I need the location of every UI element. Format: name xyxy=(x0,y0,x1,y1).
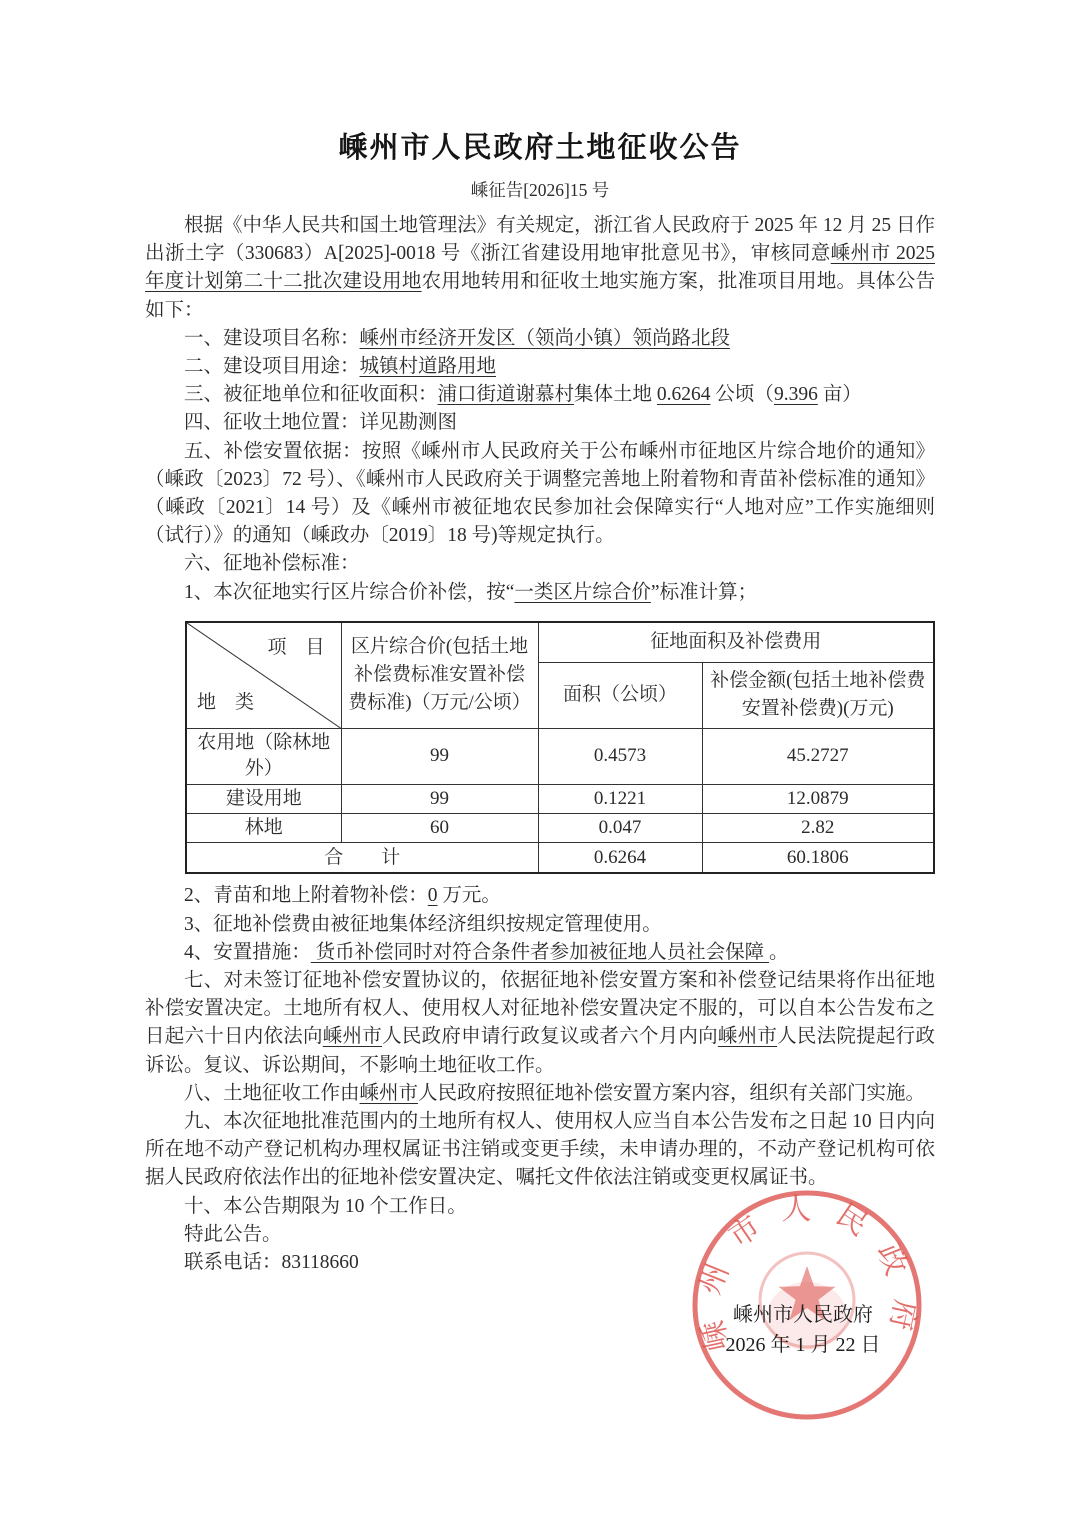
row-area: 0.4573 xyxy=(538,728,702,784)
total-label: 合 计 xyxy=(186,842,538,873)
signature-org: 嵊州市人民政府 xyxy=(678,1300,928,1330)
table-header-group: 征地面积及补偿费用 xyxy=(538,622,934,663)
row-area: 0.047 xyxy=(538,813,702,842)
underlined-text: 浦口街道谢慕村 xyxy=(438,384,575,405)
paragraph: 特此公告。 xyxy=(145,1221,935,1249)
text-run: 九、本次征地批准范围内的土地所有权人、使用权人应当自本公告发布之日起 10 日内… xyxy=(145,1111,935,1188)
underlined-text: 一类区片综合价 xyxy=(514,582,651,603)
underlined-text: 0.6264 xyxy=(657,384,711,405)
paragraph: 八、土地征收工作由嵊州市人民政府按照征地补偿安置方案内容，组织有关部门实施。 xyxy=(145,1080,935,1108)
paragraph: 二、建设项目用途：城镇村道路用地 xyxy=(145,353,935,381)
document-content: 嵊州市人民政府土地征收公告 嵊征告[2026]15 号 根据《中华人民共和国土地… xyxy=(145,128,935,1277)
paragraph: 1、本次征地实行区片综合价补偿，按“一类区片综合价”标准计算； xyxy=(145,579,935,607)
text-run: 。 xyxy=(769,942,789,963)
text-run: 4、安置措施： xyxy=(184,942,311,963)
paragraph: 五、补偿安置依据：按照《嵊州市人民政府关于公布嵊州市征地区片综合地价的通知》（嵊… xyxy=(145,438,935,551)
text-run: 集体土地 xyxy=(574,384,657,405)
paragraph: 根据《中华人民共和国土地管理法》有关规定，浙江省人民政府于 2025 年 12 … xyxy=(145,212,935,325)
text-run: 特此公告。 xyxy=(184,1224,282,1245)
text-run: 万元。 xyxy=(438,885,501,906)
table-header-amount: 补偿金额(包括土地补偿费安置补偿费)(万元) xyxy=(702,662,934,728)
compensation-table: 项 目 地 类 区片综合价(包括土地补偿费标准安置补偿费标准)（万元/公顷） 征… xyxy=(185,621,935,875)
underlined-text: 货币补偿同时对符合条件者参加被征地人员社会保障 xyxy=(311,942,769,963)
signature-date: 2026 年 1 月 22 日 xyxy=(678,1330,928,1360)
row-amount: 2.82 xyxy=(702,813,934,842)
paragraph: 六、征地补偿标准： xyxy=(145,550,935,578)
text-run: 二、建设项目用途： xyxy=(184,356,360,377)
page-title: 嵊州市人民政府土地征收公告 xyxy=(145,128,935,166)
text-run: 五、补偿安置依据：按照《嵊州市人民政府关于公布嵊州市征地区片综合地价的通知》（嵊… xyxy=(145,441,935,547)
paragraph: 三、被征地单位和征收面积：浦口街道谢慕村集体土地 0.6264 公顷（9.396… xyxy=(145,381,935,409)
text-run: 三、被征地单位和征收面积： xyxy=(184,384,438,405)
paragraph: 2、青苗和地上附着物补偿：0 万元。 xyxy=(145,882,935,910)
text-run: 一、建设项目名称： xyxy=(184,328,360,349)
row-price: 99 xyxy=(341,784,538,813)
paragraph: 联系电话：83118660 xyxy=(145,1249,935,1277)
table-header-area: 面积（公顷） xyxy=(538,662,702,728)
row-price: 99 xyxy=(341,728,538,784)
underlined-text: 城镇村道路用地 xyxy=(360,356,497,377)
text-run: 公顷（ xyxy=(711,384,774,405)
row-area: 0.1221 xyxy=(538,784,702,813)
paragraph: 一、建设项目名称：嵊州市经济开发区（领尚小镇）领尚路北段 xyxy=(145,325,935,353)
row-amount: 12.0879 xyxy=(702,784,934,813)
total-area: 0.6264 xyxy=(538,842,702,873)
text-run: 联系电话：83118660 xyxy=(184,1252,359,1273)
text-run: 十、本公告期限为 10 个工作日。 xyxy=(184,1196,467,1217)
underlined-text: 9.396 xyxy=(774,384,818,405)
text-run: 2、青苗和地上附着物补偿： xyxy=(184,885,428,906)
text-run: 四、征收土地位置：详见勘测图 xyxy=(184,412,457,433)
table-corner-landclass-label: 地 类 xyxy=(197,690,254,716)
table-total-row: 合 计 0.6264 60.1806 xyxy=(186,842,934,873)
table-row: 林地 60 0.047 2.82 xyxy=(186,813,934,842)
text-run: 1、本次征地实行区片综合价补偿，按“ xyxy=(184,582,514,603)
paragraph: 四、征收土地位置：详见勘测图 xyxy=(145,409,935,437)
text-run: 六、征地补偿标准： xyxy=(184,553,360,574)
text-run: 根据《中华人民共和国土地管理法》有关规定，浙江省人民政府于 2025 年 12 … xyxy=(145,215,935,264)
row-label: 林地 xyxy=(186,813,341,842)
row-amount: 45.2727 xyxy=(702,728,934,784)
signature-block: 嵊州市人民政府 2026 年 1 月 22 日 xyxy=(678,1300,928,1360)
paragraph: 七、对未签订征地补偿安置协议的，依据征地补偿安置方案和补偿登记结果将作出征地补偿… xyxy=(145,967,935,1080)
table-header-price: 区片综合价(包括土地补偿费标准安置补偿费标准)（万元/公顷） xyxy=(341,622,538,729)
paragraph: 九、本次征地批准范围内的土地所有权人、使用权人应当自本公告发布之日起 10 日内… xyxy=(145,1108,935,1193)
underlined-text: 嵊州市经济开发区（领尚小镇）领尚路北段 xyxy=(360,328,731,349)
row-label: 建设用地 xyxy=(186,784,341,813)
underlined-text: 嵊州市 xyxy=(360,1083,419,1104)
underlined-text: 嵊州市 xyxy=(718,1026,777,1047)
row-label: 农用地（除林地外） xyxy=(186,728,341,784)
table-corner-project-label: 项 目 xyxy=(267,635,324,661)
text-run: ”标准计算； xyxy=(651,582,757,603)
text-run: 人民政府申请行政复议或者六个月内向 xyxy=(382,1026,718,1047)
text-run: 3、征地补偿费由被征地集体经济组织按规定管理使用。 xyxy=(184,914,662,935)
doc-number: 嵊征告[2026]15 号 xyxy=(145,178,935,202)
paragraphs-after-table: 2、青苗和地上附着物补偿：0 万元。3、征地补偿费由被征地集体经济组织按规定管理… xyxy=(145,882,935,1277)
paragraph: 十、本公告期限为 10 个工作日。 xyxy=(145,1193,935,1221)
paragraph: 3、征地补偿费由被征地集体经济组织按规定管理使用。 xyxy=(145,911,935,939)
underlined-text: 嵊州市 xyxy=(323,1026,382,1047)
table-row: 农用地（除林地外） 99 0.4573 45.2727 xyxy=(186,728,934,784)
text-run: 八、土地征收工作由 xyxy=(184,1083,360,1104)
announcement-page: 嵊州市人民政府土地征收公告 嵊征告[2026]15 号 根据《中华人民共和国土地… xyxy=(0,0,1080,1527)
paragraph: 4、安置措施： 货币补偿同时对符合条件者参加被征地人员社会保障 。 xyxy=(145,939,935,967)
table-row: 建设用地 99 0.1221 12.0879 xyxy=(186,784,934,813)
total-amount: 60.1806 xyxy=(702,842,934,873)
row-price: 60 xyxy=(341,813,538,842)
paragraphs-before-table: 根据《中华人民共和国土地管理法》有关规定，浙江省人民政府于 2025 年 12 … xyxy=(145,212,935,607)
text-run: 人民政府按照征地补偿安置方案内容，组织有关部门实施。 xyxy=(418,1083,925,1104)
underlined-text: 0 xyxy=(428,885,438,906)
table-corner-cell: 项 目 地 类 xyxy=(186,622,341,729)
text-run: 亩） xyxy=(818,384,862,405)
